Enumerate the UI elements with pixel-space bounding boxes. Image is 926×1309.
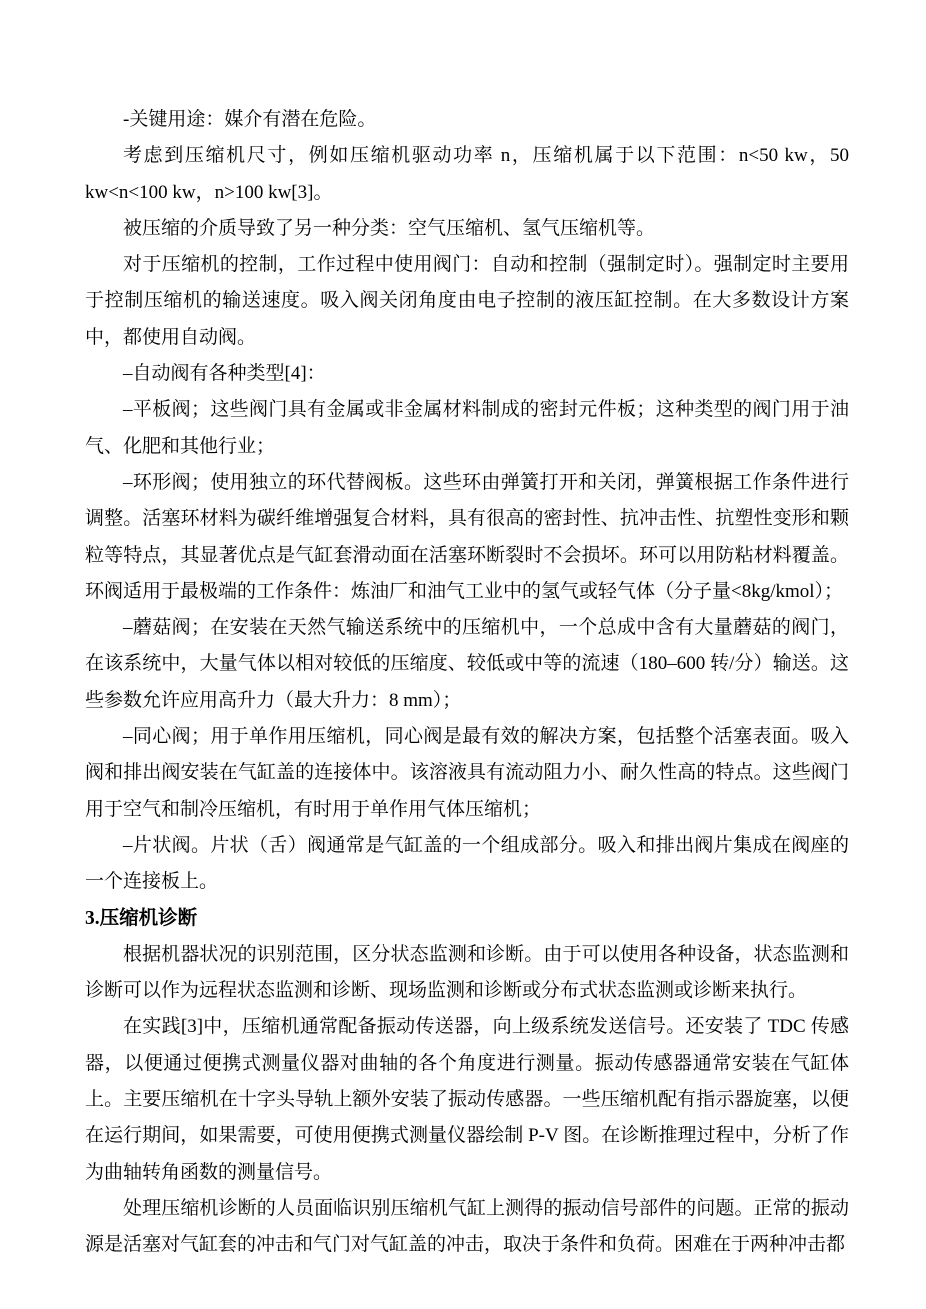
paragraph: 对于压缩机的控制，工作过程中使用阀门：自动和控制（强制定时）。强制定时主要用于控…: [85, 247, 849, 356]
paragraph: –片状阀。片状（舌）阀通常是气缸盖的一个组成部分。吸入和排出阀片集成在阀座的一个…: [85, 828, 849, 901]
paragraph: 根据机器状况的识别范围，区分状态监测和诊断。由于可以使用各种设备，状态监测和诊断…: [85, 937, 849, 1010]
paragraph: 在实践[3]中，压缩机通常配备振动传送器，向上级系统发送信号。还安装了 TDC …: [85, 1009, 849, 1190]
paragraph: –同心阀；用于单作用压缩机，同心阀是最有效的解决方案，包括整个活塞表面。吸入阀和…: [85, 719, 849, 828]
paragraph: -关键用途：媒介有潜在危险。: [85, 102, 849, 138]
section-heading: 3.压缩机诊断: [85, 901, 849, 937]
paragraph: –平板阀；这些阀门具有金属或非金属材料制成的密封元件板；这种类型的阀门用于油气、…: [85, 392, 849, 465]
paragraph: 考虑到压缩机尺寸，例如压缩机驱动功率 n，压缩机属于以下范围：n<50 kw，5…: [85, 138, 849, 211]
document-body: -关键用途：媒介有潜在危险。考虑到压缩机尺寸，例如压缩机驱动功率 n，压缩机属于…: [85, 102, 849, 1264]
paragraph: 处理压缩机诊断的人员面临识别压缩机气缸上测得的振动信号部件的问题。正常的振动源是…: [85, 1191, 849, 1264]
paragraph: –自动阀有各种类型[4]：: [85, 356, 849, 392]
document-page: -关键用途：媒介有潜在危险。考虑到压缩机尺寸，例如压缩机驱动功率 n，压缩机属于…: [0, 0, 926, 1309]
paragraph: –蘑菇阀；在安装在天然气输送系统中的压缩机中，一个总成中含有大量蘑菇的阀门，在该…: [85, 610, 849, 719]
paragraph: 被压缩的介质导致了另一种分类：空气压缩机、氢气压缩机等。: [85, 211, 849, 247]
paragraph: –环形阀；使用独立的环代替阀板。这些环由弹簧打开和关闭，弹簧根据工作条件进行调整…: [85, 465, 849, 610]
